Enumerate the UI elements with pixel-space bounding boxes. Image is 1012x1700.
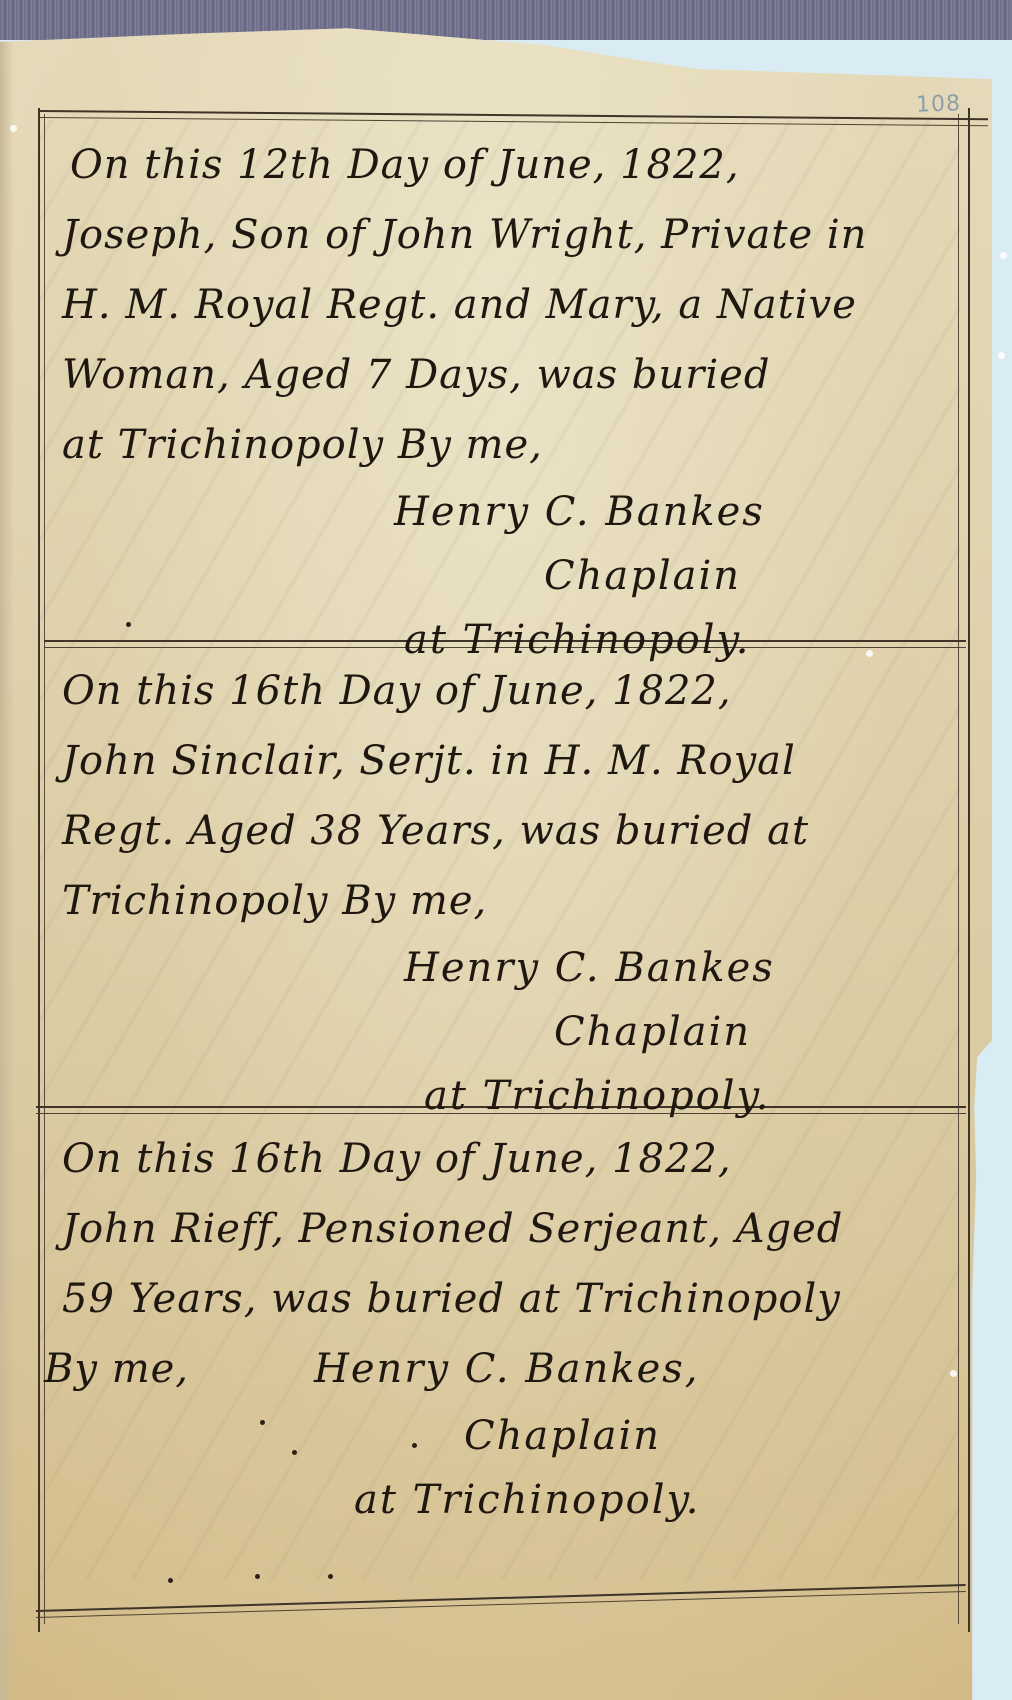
page-edge-shadow <box>0 28 14 1700</box>
ink-speck <box>126 622 131 627</box>
ink-speck <box>255 1574 260 1579</box>
signature-name: Henry C. Bankes, <box>314 1334 700 1404</box>
burial-entry-2: On this 16th Day of June, 1822, John Sin… <box>44 656 956 1128</box>
glare-spot <box>866 650 873 657</box>
signature-place: at Trichinopoly. <box>44 1064 956 1128</box>
glare-spot <box>10 125 17 132</box>
by-me-text: By me, <box>44 1334 314 1404</box>
entry-line: at Trichinopoly By me, <box>44 410 956 480</box>
signature-title: Chaplain <box>44 544 956 608</box>
entry-line: On this 16th Day of June, 1822, <box>44 656 956 726</box>
entry-line: John Sinclair, Serjt. in H. M. Royal <box>44 726 956 796</box>
glare-spot <box>998 352 1005 359</box>
entry-line: On this 16th Day of June, 1822, <box>44 1124 956 1194</box>
burial-entry-3: On this 16th Day of June, 1822, John Rie… <box>44 1124 956 1532</box>
glare-spot <box>1000 252 1007 259</box>
entry-line: On this 12th Day of June, 1822, <box>44 130 956 200</box>
glare-spot <box>950 1370 957 1377</box>
ink-speck <box>168 1578 173 1583</box>
frame-inner-right-rule <box>958 114 959 1624</box>
ink-speck <box>292 1450 297 1455</box>
ink-speck <box>328 1574 333 1579</box>
signature-name: Henry C. Bankes <box>44 480 956 544</box>
entry-line: 59 Years, was buried at Trichinopoly <box>44 1264 956 1334</box>
entry-line: Regt. Aged 38 Years, was buried at <box>44 796 956 866</box>
signature-place: at Trichinopoly. <box>44 1468 956 1532</box>
entry-line: Woman, Aged 7 Days, was buried <box>44 340 956 410</box>
ink-speck <box>412 1443 417 1448</box>
entry-line: John Rieff, Pensioned Serjeant, Aged <box>44 1194 956 1264</box>
by-me-row: By me,Henry C. Bankes, <box>44 1334 956 1404</box>
entry-line: Joseph, Son of John Wright, Private in <box>44 200 956 270</box>
ink-speck <box>260 1420 265 1425</box>
background-surface <box>0 0 1012 40</box>
entry-line: Trichinopoly By me, <box>44 866 956 936</box>
signature-title: Chaplain <box>44 1000 956 1064</box>
signature-name: Henry C. Bankes <box>44 936 956 1000</box>
signature-title: Chaplain <box>44 1404 956 1468</box>
entry-line: H. M. Royal Regt. and Mary, a Native <box>44 270 956 340</box>
burial-entry-1: On this 12th Day of June, 1822, Joseph, … <box>44 130 956 672</box>
